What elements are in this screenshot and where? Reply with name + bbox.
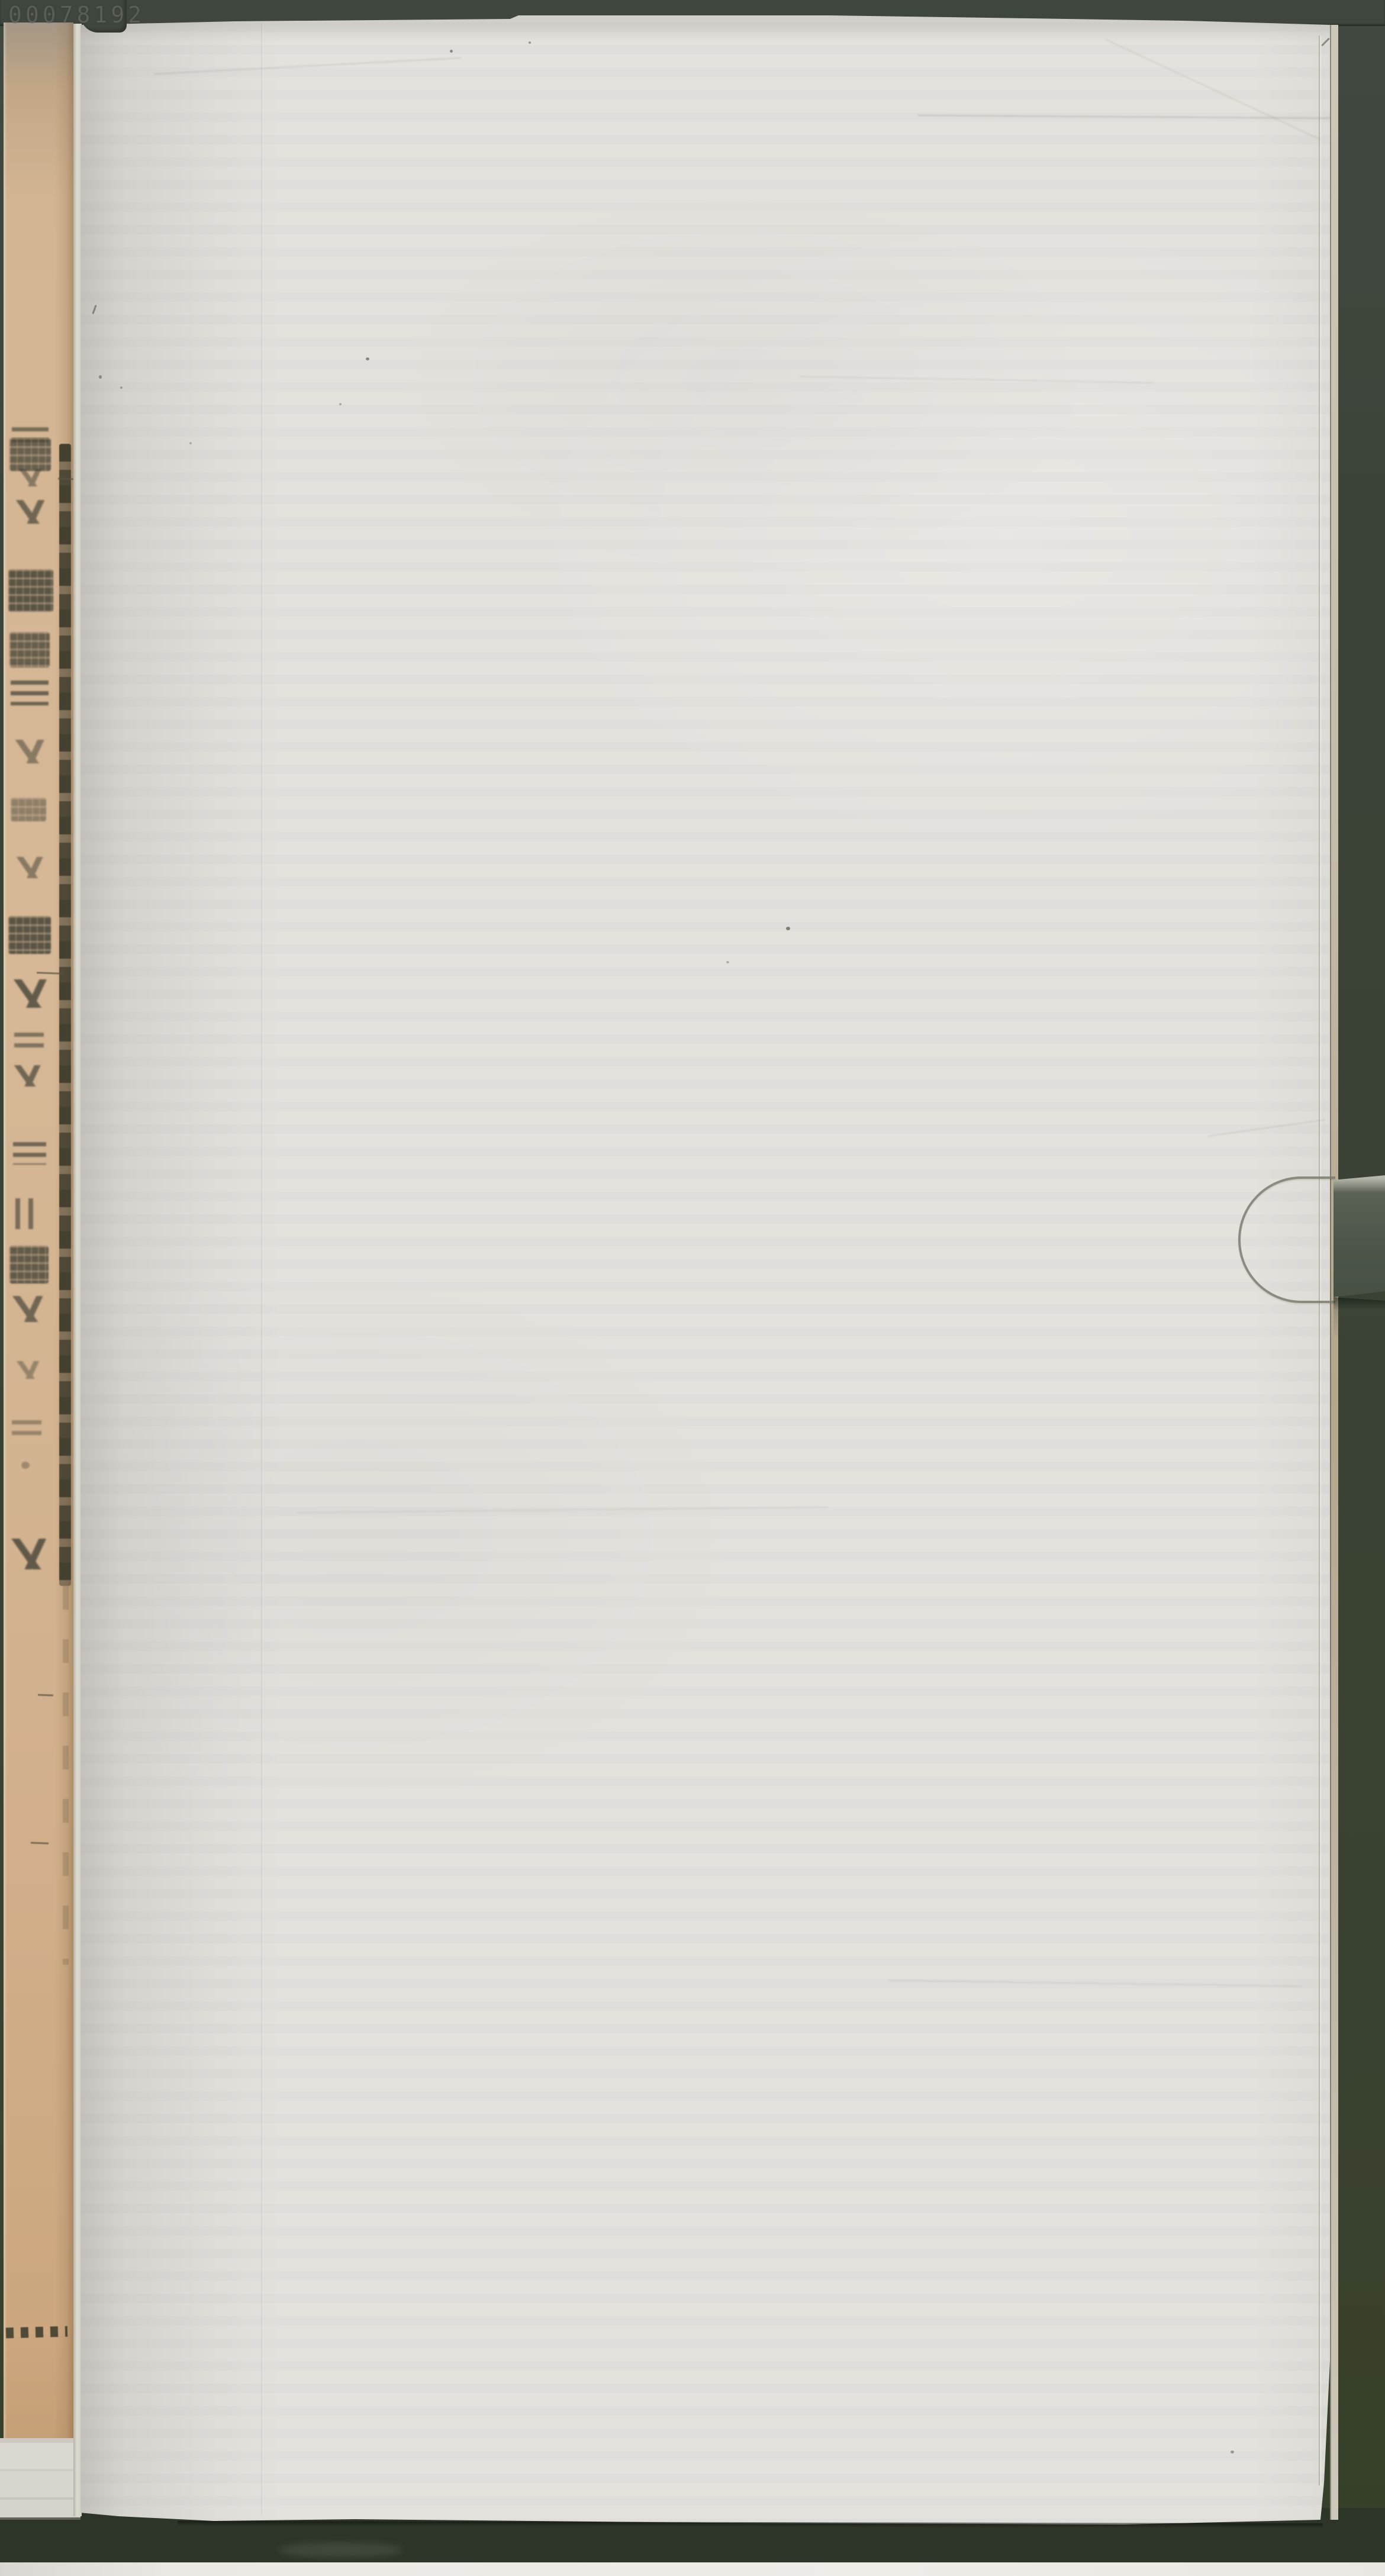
- accession-stamp: 00078192: [8, 2, 145, 28]
- pen-mark: [38, 1694, 53, 1697]
- page-stack-corner: [0, 2438, 80, 2520]
- paper-crease: [888, 1979, 1302, 1987]
- paper-speck: [1231, 2451, 1234, 2454]
- illegible-glyph-fragment: [12, 979, 47, 1008]
- paper-crease: [1106, 39, 1321, 141]
- illegible-glyph-fragment: [9, 438, 51, 471]
- gutter-sliver: [73, 24, 82, 2516]
- illegible-glyph-fragment: [14, 1033, 44, 1048]
- illegible-glyph-fragment: [13, 1361, 41, 1379]
- illegible-glyph-fragment: [11, 1539, 46, 1569]
- paper-crease: [917, 114, 1355, 119]
- paper-speck: [366, 357, 369, 360]
- paper-crease: [154, 57, 461, 75]
- paper-crease: [1208, 1119, 1325, 1137]
- case-strap: [1334, 1175, 1385, 1300]
- illegible-glyph-fragment: [8, 569, 53, 612]
- illegible-glyph-fragment: [21, 1462, 30, 1469]
- paper-speck: [529, 41, 531, 44]
- illegible-glyph-fragment: [13, 1142, 46, 1165]
- illegible-glyph-fragment: [11, 1065, 43, 1087]
- scanner-bottom-strip: [0, 2562, 1385, 2576]
- worn-glyph-row: [6, 2326, 67, 2339]
- illegible-glyph-fragment: [11, 1296, 44, 1322]
- paper-speck: [1321, 38, 1330, 47]
- illegible-glyph-fragment: [13, 500, 46, 524]
- illegible-glyph-fragment: [13, 857, 45, 878]
- illegible-glyph-fragment: [15, 469, 44, 486]
- case-reflection-smudge: [278, 2542, 402, 2558]
- case-strap-shadow: [1334, 1296, 1385, 1352]
- book-scan-canvas: 00078192: [0, 0, 1385, 2576]
- paper-speck: [99, 375, 102, 379]
- printed-border-rule-faint: [63, 1586, 69, 1965]
- illegible-glyph-fragment: [12, 740, 46, 763]
- old-page-strip: [4, 22, 73, 2439]
- pen-mark: [31, 1842, 49, 1844]
- illegible-glyph-fragment: [11, 798, 46, 821]
- paper-crease: [296, 1506, 829, 1513]
- paper-speck: [339, 403, 342, 405]
- illegible-glyph-fragment: [9, 632, 50, 668]
- illegible-glyph-fragment: [12, 1420, 41, 1436]
- pen-mark: [37, 972, 64, 975]
- illegible-glyph-fragment: [11, 681, 49, 705]
- paper-speck: [189, 442, 192, 444]
- blank-page: [0, 0, 1385, 2576]
- paper-speck: [450, 50, 453, 53]
- paper-speck: [726, 961, 729, 963]
- illegible-glyph-fragment: [15, 1198, 39, 1229]
- paper-speck: [786, 927, 790, 930]
- illegible-glyph-fragment: [8, 916, 51, 954]
- paper-speck: [120, 386, 123, 389]
- second-sheet-corner: [510, 15, 563, 20]
- paper-speck: [92, 305, 96, 314]
- illegible-glyph-fragment: [9, 1246, 49, 1284]
- paper-crease: [799, 376, 1154, 383]
- page-fold-crease-left: [260, 24, 264, 2515]
- printed-border-rule: [59, 444, 71, 1586]
